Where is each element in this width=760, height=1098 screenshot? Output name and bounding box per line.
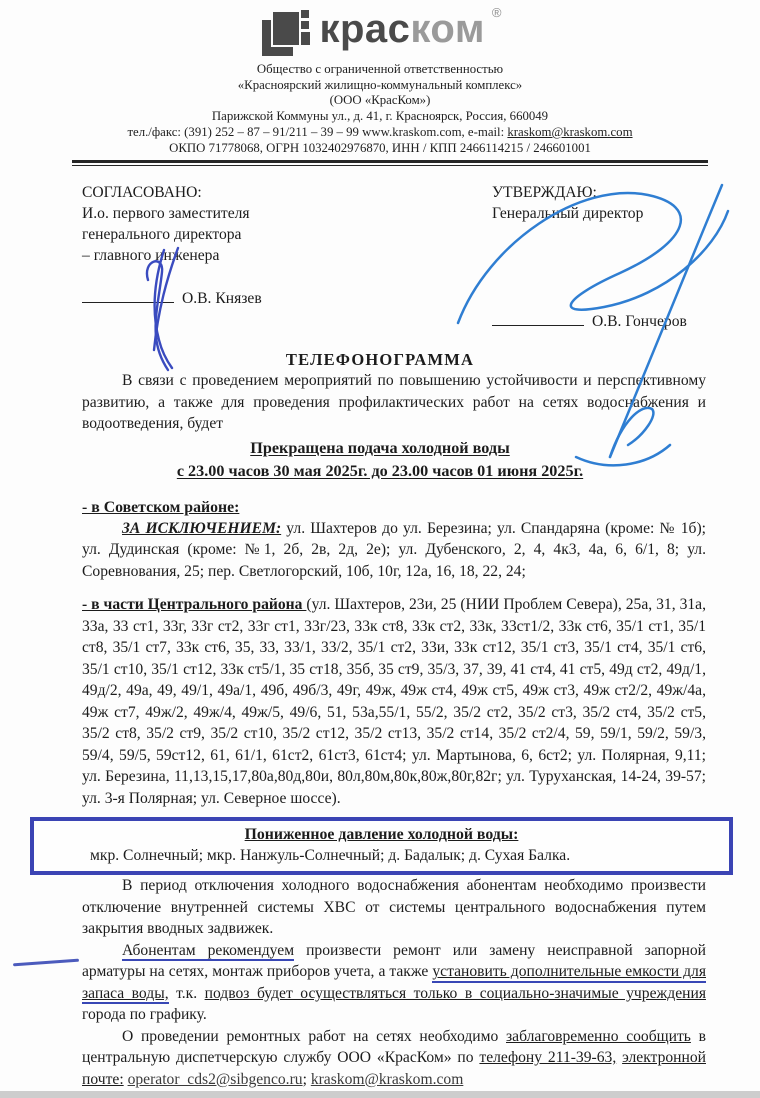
company-short-name: (ООО «КрасКом») [0, 93, 760, 109]
agreed-signature-row: О.В. Князев [82, 288, 262, 309]
approved-column: УТВЕРЖДАЮ: Генеральный директор О.В. Гон… [492, 182, 710, 332]
approved-label: УТВЕРЖДАЮ: [492, 182, 710, 203]
approval-block: СОГЛАСОВАНО: И.о. первого заместителя ге… [82, 182, 710, 332]
soviet-district-heading: - в Советском районе: [82, 497, 706, 518]
company-codes: ОКПО 71778068, ОГРН 1032402976870, ИНН /… [0, 141, 760, 157]
phone-number: телефону 211-39-63, [479, 1049, 616, 1066]
contacts-text: тел./факс: (391) 252 – 87 – 91/211 – 39 … [127, 125, 507, 139]
signature-line [82, 289, 174, 303]
agreed-role-line: – главного инженера [82, 245, 262, 266]
registered-trademark-icon: ® [492, 5, 502, 21]
approved-name: О.В. Гончеров [592, 313, 687, 330]
low-pressure-areas: мкр. Солнечный; мкр. Нанжуль-Солнечный; … [90, 845, 719, 866]
company-type: Общество с ограниченной ответственностью [0, 62, 760, 78]
soviet-district-exceptions: ЗА ИСКЛЮЧЕНИЕМ: ул. Шахтеров до ул. Бере… [82, 518, 706, 583]
brand-part-light: ком [410, 7, 485, 51]
signature-line [492, 312, 584, 326]
page-bottom-edge [0, 1091, 760, 1098]
letterhead: краском ® Общество с ограниченной ответс… [0, 0, 760, 166]
shutoff-dates: с 23.00 часов 30 мая 2025г. до 23.00 час… [0, 460, 760, 483]
document-page: краском ® Общество с ограниченной ответс… [0, 0, 760, 1098]
company-address: Парижской Коммуны ул., д. 41, г. Красноя… [0, 109, 760, 125]
shutoff-announcement: Прекращена подача холодной воды с 23.00 … [0, 437, 760, 483]
notice-paragraph: О проведении ремонтных работ на сетях не… [82, 1026, 706, 1091]
agreed-name: О.В. Князев [182, 290, 262, 307]
kraskom-email-link[interactable]: kraskom@kraskom.com [311, 1071, 464, 1088]
disconnect-paragraph: В период отключения холодного водоснабже… [82, 875, 706, 940]
recommend-highlight: Абонентам рекомендуем [122, 942, 294, 962]
notice-text: О проведении ремонтных работ на сетях не… [122, 1028, 506, 1045]
soviet-district-section: - в Советском районе: ЗА ИСКЛЮЧЕНИЕМ: ул… [0, 497, 760, 583]
recommend-paragraph: Абонентам рекомендуем произвести ремонт … [82, 940, 706, 1026]
company-logo: краском ® [0, 5, 760, 59]
recommend-text: города по графику. [82, 1006, 207, 1023]
agreed-role-line: генерального директора [82, 224, 262, 245]
company-name: «Красноярский жилищно-коммунальный компл… [0, 78, 760, 94]
central-district-paragraph: - в части Центрального района (ул. Шахте… [82, 594, 706, 809]
company-email-link[interactable]: kraskom@kraskom.com [507, 125, 632, 139]
intro-paragraph: В связи с проведением мероприятий по пов… [82, 370, 706, 435]
approved-signature-row: О.В. Гончеров [492, 311, 710, 332]
central-district-section: - в части Центрального района (ул. Шахте… [0, 594, 760, 809]
agreed-label: СОГЛАСОВАНО: [82, 182, 262, 203]
recommend-text: т.к. [169, 985, 205, 1002]
company-contacts: тел./факс: (391) 252 – 87 – 91/211 – 39 … [0, 125, 760, 141]
exception-label: ЗА ИСКЛЮЧЕНИЕМ: [122, 520, 281, 537]
document-title: ТЕЛЕФОНОГРАММА [0, 350, 760, 370]
agreed-column: СОГЛАСОВАНО: И.о. первого заместителя ге… [82, 182, 262, 332]
dispatcher-email-link[interactable]: operator_cds2@sibgenco.ru [128, 1071, 303, 1088]
brand-part-dark: крас [319, 7, 410, 51]
agreed-role-line: И.о. первого заместителя [82, 203, 262, 224]
central-district-heading: - в части Центрального района [82, 596, 306, 613]
shutoff-line: Прекращена подача холодной воды [0, 437, 760, 460]
delivery-underlined: подвоз будет осуществляться только в соц… [205, 985, 706, 1002]
low-pressure-heading: Пониженное давление холодной воды: [44, 824, 719, 845]
letterhead-divider [72, 160, 708, 166]
notice-text: ; [303, 1071, 311, 1088]
central-district-streets: (ул. Шахтеров, 23и, 25 (НИИ Проблем Севе… [82, 596, 706, 807]
kraskom-logo-icon [258, 7, 312, 59]
approved-role-line: Генеральный директор [492, 203, 710, 224]
pen-underline-stroke [13, 959, 79, 967]
notify-underlined: заблаговременно сообщить [506, 1028, 691, 1045]
low-pressure-box: Пониженное давление холодной воды: мкр. … [30, 817, 733, 875]
brand-wordmark: краском [319, 5, 484, 53]
